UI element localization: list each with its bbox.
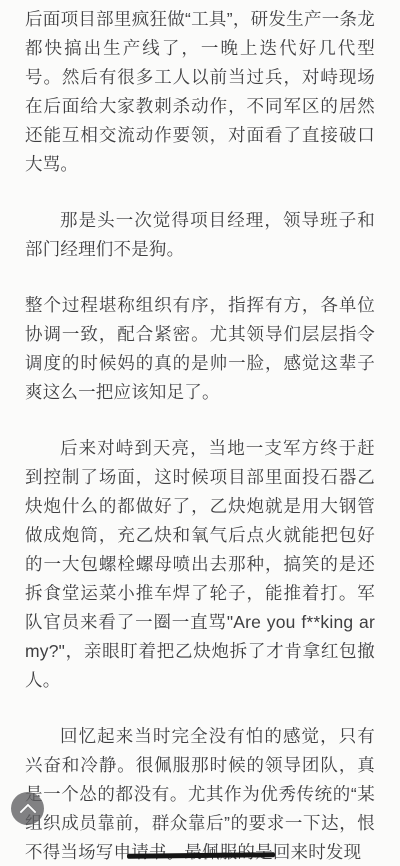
chevron-up-icon <box>19 803 36 820</box>
back-to-top-button[interactable] <box>11 792 44 825</box>
paragraph-5: 回忆起来当时完全没有怕的感觉，只有兴奋和冷静。很佩服那时候的领导团队，真是一个怂… <box>25 722 375 866</box>
reading-view: 后面项目部里疯狂做“工具”，研发生产一条龙都快搞出生产线了，一晚上迭代好几代型号… <box>0 0 400 866</box>
paragraph-2: 那是头一次觉得项目经理，领导班子和部门经理们不是狗。 <box>25 206 375 264</box>
paragraph-3: 整个过程堪称组织有序，指挥有方，各单位协调一致，配合紧密。尤其领导们层层指令调度… <box>25 291 375 407</box>
article-body: 后面项目部里疯狂做“工具”，研发生产一条龙都快搞出生产线了，一晚上迭代好几代型号… <box>0 0 400 866</box>
struck-out-text: 请书。最佩服的是 <box>131 842 273 862</box>
paragraph-4: 后来对峙到天亮，当地一支军方终于赶到控制了场面，这时候项目部里面投石器乙炔炮什么… <box>25 434 375 695</box>
paragraph-5-text-after: 回来时发现 <box>273 842 362 862</box>
paragraph-1: 后面项目部里疯狂做“工具”，研发生产一条龙都快搞出生产线了，一晚上迭代好几代型号… <box>25 5 375 179</box>
